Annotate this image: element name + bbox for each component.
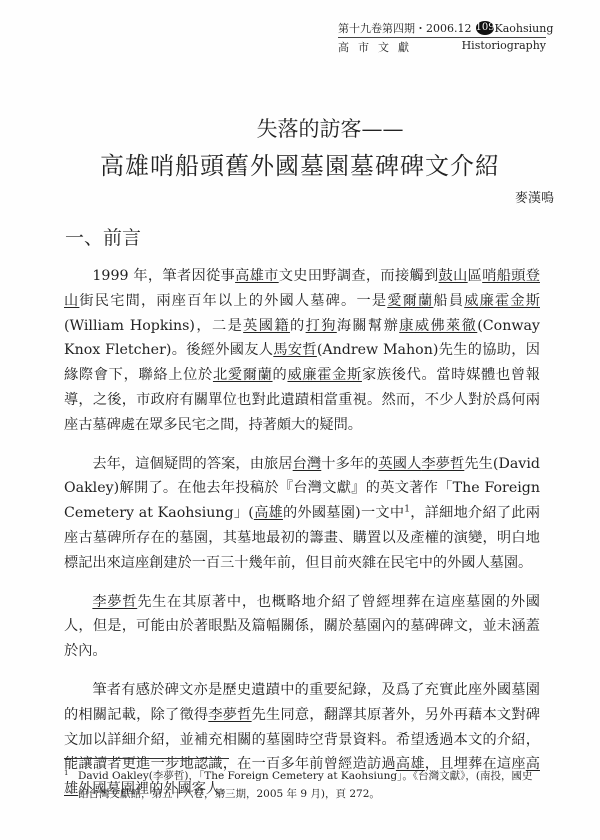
underlined-name: 李夢哲 — [421, 456, 464, 472]
underlined-name: 高雄 — [254, 505, 283, 521]
text: 海關幫辦 — [337, 318, 399, 334]
text: 船員 — [433, 293, 464, 309]
title-line1-text: 失落的訪客—— — [257, 117, 404, 141]
paragraph-2: 去年，這個疑問的答案，由旅居台灣十多年的英國人李夢哲先生(David Oakle… — [64, 452, 540, 576]
underlined-name: 北愛爾蘭 — [213, 367, 273, 383]
text: 的 — [290, 318, 306, 334]
article-body: 1999 年，筆者因從事高雄市文史田野調查，而接觸到鼓山區哨船頭登山街民宅間，兩… — [64, 264, 540, 816]
running-header: 第十九卷第四期・2006.12 109 Kaohsiung 高市文獻 Histo… — [338, 20, 546, 55]
underlined-name: 愛爾蘭 — [387, 293, 433, 309]
text: 文史田野調查，而接觸到 — [279, 268, 439, 284]
underlined-name: 馬安哲 — [273, 342, 317, 358]
journal-english-1: Kaohsiung — [495, 22, 554, 35]
footnote-mark: 1 — [64, 764, 68, 782]
header-top-line: 第十九卷第四期・2006.12 109 Kaohsiung — [338, 20, 546, 38]
journal-english-2: Historiography — [462, 39, 546, 55]
underlined-name: 英國籍 — [243, 318, 290, 334]
text: 街民宅間，兩座百年以上的外國人墓碑。一是 — [79, 293, 387, 309]
text: 的外國墓園)一文中 — [283, 505, 404, 521]
paragraph-1: 1999 年，筆者因從事高雄市文史田野調查，而接觸到鼓山區哨船頭登山街民宅間，兩… — [64, 264, 540, 438]
journal-chinese-name: 高市文獻 — [338, 39, 418, 55]
underlined-name: 台灣 — [293, 456, 322, 472]
underlined-name: 高雄市 — [235, 268, 279, 284]
underlined-name: 威廉霍金斯 — [287, 367, 361, 383]
text: 1999 年，筆者因從事 — [92, 268, 235, 284]
text: 區 — [468, 268, 483, 284]
underlined-name: 李夢哲 — [208, 707, 251, 723]
section-heading: 一、前言 — [65, 223, 141, 250]
underlined-name: 康威佛萊徹 — [399, 318, 477, 334]
underlined-name: 鼓山 — [439, 268, 468, 284]
underlined-name: 威廉霍金斯 — [464, 293, 540, 309]
page-number-badge: 109 — [476, 21, 494, 35]
author-name: 麥漢鳴 — [515, 187, 554, 206]
header-bottom-line: 高市文獻 Historiography — [338, 38, 546, 55]
article-title-line1: 失落的訪客—— — [0, 113, 600, 143]
issue-info: 第十九卷第四期・2006.12 — [338, 20, 472, 36]
footnote-divider — [64, 758, 229, 759]
footnote-text: David Oakley(李夢哲)，「The Foreign Cemetery … — [78, 767, 540, 803]
paragraph-3: 李夢哲先生在其原著中，也概略地介紹了曾經埋葬在這座墓園的外國人，但是，可能由於著… — [64, 590, 540, 664]
footnote-1: 1 David Oakley(李夢哲)，「The Foreign Cemeter… — [64, 767, 540, 803]
underlined-name: 打狗 — [306, 318, 337, 334]
underlined-name: 英國人 — [378, 456, 421, 472]
text: 的 — [273, 367, 288, 383]
text: 去年，這個疑問的答案，由旅居 — [92, 456, 292, 472]
text: 十多年的 — [321, 456, 378, 472]
underlined-name: 李夢哲 — [92, 594, 137, 610]
text: (William Hopkins)，二是 — [64, 318, 243, 334]
article-title-line2: 高雄哨船頭舊外國墓園墓碑碑文介紹 — [0, 146, 600, 181]
